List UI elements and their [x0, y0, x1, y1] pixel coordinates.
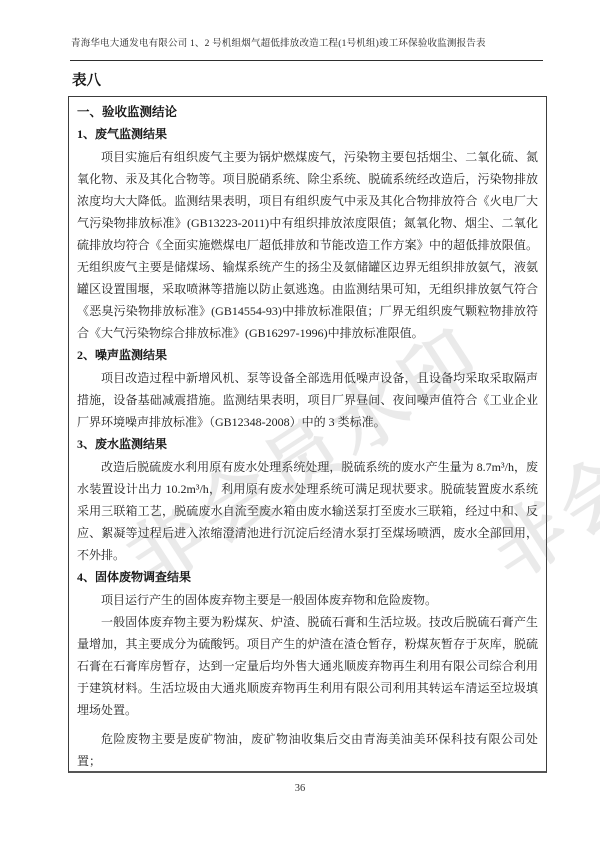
section-heading: 4、固体废物调查结果	[77, 566, 538, 589]
section-title: 一、验收监测结论	[77, 101, 538, 123]
section-heading: 3、废水监测结果	[77, 433, 538, 456]
report-paragraph: 一般固体废弃物主要为粉煤灰、炉渣、脱硫石膏和生活垃圾。技改后脱硫石膏产生量增加，…	[77, 611, 538, 721]
table-label: 表八	[72, 69, 101, 90]
report-paragraph: 项目改造过程中新增风机、泵等设备全部选用低噪声设备，且设备均采取采取隔声措施，设…	[77, 367, 538, 433]
report-paragraph: 改造后脱硫废水利用原有废水处理系统处理，脱硫系统的废水产生量为 8.7m³/h，…	[77, 456, 538, 566]
page-number: 36	[0, 783, 600, 794]
report-section: 1、废气监测结果 项目实施后有组织废气主要为锅炉燃煤废气，污染物主要包括烟尘、二…	[77, 123, 538, 344]
section-heading: 2、噪声监测结果	[77, 344, 538, 367]
report-sections: 1、废气监测结果 项目实施后有组织废气主要为锅炉燃煤废气，污染物主要包括烟尘、二…	[77, 123, 538, 772]
report-paragraph: 项目实施后有组织废气主要为锅炉燃煤废气，污染物主要包括烟尘、二氧化硫、氮氧化物、…	[77, 146, 538, 344]
report-paragraph: 项目运行产生的固体废弃物主要是一般固体废弃物和危险废物。	[77, 589, 538, 611]
report-section: 3、废水监测结果 改造后脱硫废水利用原有废水处理系统处理，脱硫系统的废水产生量为…	[77, 433, 538, 566]
report-section: 4、固体废物调查结果 项目运行产生的固体废弃物主要是一般固体废弃物和危险废物。一…	[77, 566, 538, 772]
report-paragraph: 危险废物主要是废矿物油，废矿物油收集后交由青海美油美环保科技有限公司处置；	[77, 728, 538, 772]
report-section: 2、噪声监测结果 项目改造过程中新增风机、泵等设备全部选用低噪声设备，且设备均采…	[77, 344, 538, 433]
section-heading: 1、废气监测结果	[77, 123, 538, 146]
document-header-title: 青海华电大通发电有限公司 1、2 号机组烟气超低排放改造工程(1号机组)竣工环保…	[71, 35, 549, 49]
conclusion-table: 一、验收监测结论 1、废气监测结果 项目实施后有组织废气主要为锅炉燃煤废气，污染…	[68, 96, 547, 773]
header-divider	[70, 60, 543, 61]
